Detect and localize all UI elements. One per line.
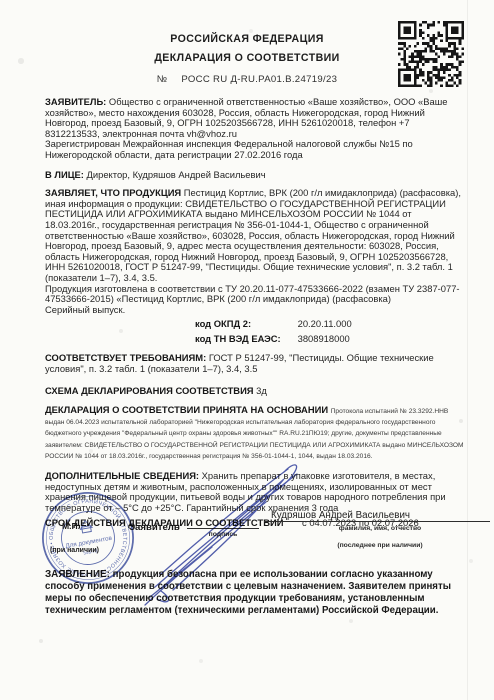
- scheme-paragraph: СХЕМА ДЕКЛАРИРОВАНИЯ СООТВЕТСТВИЯ3д: [45, 386, 466, 397]
- applicant-paragraph: ЗАЯВИТЕЛЬ:Общество с ограниченной ответс…: [45, 97, 466, 161]
- stamp-number-text: 546-73: [83, 548, 98, 555]
- basis-text: Протокола испытаний № 23.3292.ННВ выдан …: [45, 408, 464, 460]
- stamp-emblem-icon: [79, 520, 93, 534]
- conformity-paragraph: СООТВЕТСТВУЕТ ТРЕБОВАНИЯМ:ГОСТ Р 51247-9…: [45, 353, 466, 374]
- product-label: ЗАЯВЛЯЕТ, ЧТО ПРОДУКЦИЯ: [45, 187, 184, 198]
- conformity-label: СООТВЕТСТВУЕТ ТРЕБОВАНИЯМ:: [45, 352, 209, 363]
- signature-line: [187, 528, 259, 529]
- person-paragraph: В ЛИЦЕ:Директор, Кудряшов Андрей Василье…: [45, 170, 466, 181]
- person-text: Директор, Кудряшов Андрей Васильевич: [87, 169, 266, 180]
- scheme-value: 3д: [256, 385, 267, 396]
- product-serial: Серийный выпуск.: [45, 304, 125, 315]
- product-made: Продукция изготовлена в соответствии с Т…: [45, 283, 460, 305]
- scheme-label: СХЕМА ДЕКЛАРИРОВАНИЯ СООТВЕТСТВИЯ: [45, 385, 256, 396]
- okpd-value: 20.20.11.000: [298, 318, 352, 329]
- tnved-value: 3808918000: [298, 333, 350, 344]
- basis-label: ДЕКЛАРАЦИЯ О СООТВЕТСТВИИ ПРИНЯТА НА ОСН…: [45, 404, 331, 415]
- company-stamp: • ОБЩЕСТВО С ОГРАНИЧЕННОЙ ОТВЕТСТВЕННОСТ…: [31, 481, 145, 595]
- person-label: В ЛИЦЕ:: [45, 169, 87, 180]
- basis-paragraph: ДЕКЛАРАЦИЯ О СООТВЕТСТВИИ ПРИНЯТА НА ОСН…: [45, 405, 466, 461]
- name-line: [264, 521, 490, 522]
- number-sign: №: [157, 74, 168, 85]
- signature-caption: подпись: [187, 531, 259, 538]
- tnved-label: код ТН ВЭД ЕАЭС:: [195, 332, 295, 345]
- product-text: Пестицид Кортлис, ВРК (200 г/л имидаклоп…: [45, 187, 461, 283]
- tnved-code-row: код ТН ВЭД ЕАЭС: 3808918000: [45, 332, 466, 345]
- applicant-registered: Зарегистрирован Межрайонная инспекция Фе…: [45, 138, 413, 160]
- declaration-number: РОСС RU Д-RU.РА01.В.24719/23: [181, 74, 337, 85]
- name-caption-2: (последнее при наличии): [290, 542, 470, 549]
- declaration-document: РОССИЙСКАЯ ФЕДЕРАЦИЯ ДЕКЛАРАЦИЯ О СООТВЕ…: [0, 0, 494, 700]
- applicant-label: ЗАЯВИТЕЛЬ:: [45, 96, 109, 107]
- document-body: ЗАЯВИТЕЛЬ:Общество с ограниченной ответс…: [45, 97, 466, 529]
- product-paragraph: ЗАЯВЛЯЕТ, ЧТО ПРОДУКЦИЯПестицид Кортлис,…: [45, 188, 466, 315]
- name-caption: фамилия, имя, отчество: [290, 525, 470, 532]
- signer-name: Кудряшов Андрей Васильевич: [271, 510, 410, 521]
- additional-label: ДОПОЛНИТЕЛЬНЫЕ СВЕДЕНИЯ:: [45, 470, 202, 481]
- okpd-label: код ОКПД 2:: [195, 317, 295, 330]
- stamp-inner-text: Для документов: [65, 535, 113, 550]
- qr-code: [398, 21, 464, 87]
- okpd-code-row: код ОКПД 2: 20.20.11.000: [45, 317, 466, 330]
